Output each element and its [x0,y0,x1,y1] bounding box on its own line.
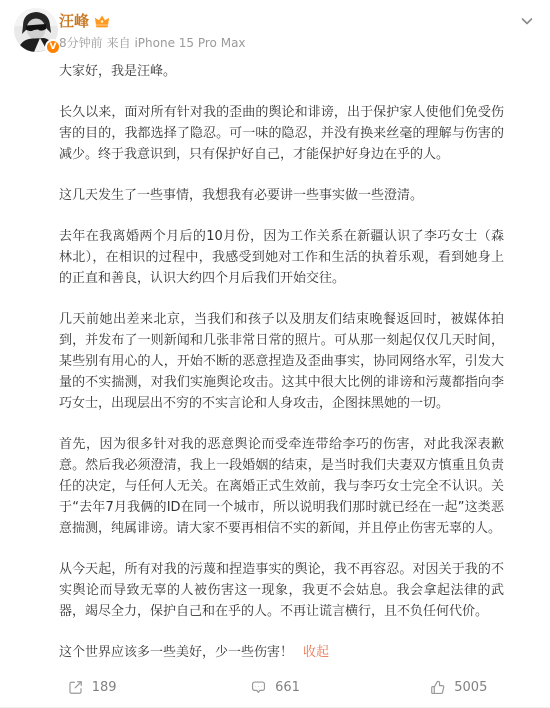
post-meta: 8分钟前来自 iPhone 15 Pro Max [59,35,250,51]
paragraph: 这个世界应该多一些美好，少一些伤害！收起 [59,642,504,663]
paragraph: 几天前她出差来北京，当我们和孩子以及朋友们结束晚餐返回时，被媒体拍到，并发布了一… [59,309,504,414]
paragraph-text: 这个世界应该多一些美好，少一些伤害！ [59,645,293,660]
action-bar: 189 661 5005 [0,672,550,702]
weibo-post-card: V 汪峰 8分钟前来自 iPhone 15 Pro Max [0,0,550,708]
paragraph: 从今天起，所有对我的污蔑和捏造事实的舆论，我不再容忍。对因关于我的不实舆论而导致… [59,559,504,622]
post-content: 大家好，我是汪峰。 长久以来，面对所有针对我的歪曲的舆论和诽谤，出于保护家人使他… [59,61,504,663]
comment-icon [250,679,267,696]
username[interactable]: 汪峰 [59,11,89,31]
paragraph: 大家好，我是汪峰。 [59,61,504,82]
comment-button[interactable]: 661 [183,679,366,696]
chevron-down-icon[interactable] [516,10,538,32]
header-info: 汪峰 8分钟前来自 iPhone 15 Pro Max [59,11,250,51]
paragraph: 首先，因为很多针对我的恶意舆论而受牵连带给李巧的伤害，对此我深表歉意。然后我必须… [59,434,504,539]
paragraph: 这几天发生了一些事情，我想我有必要讲一些事实做一些澄清。 [59,185,504,206]
like-button[interactable]: 5005 [367,679,550,696]
post-header: V 汪峰 8分钟前来自 iPhone 15 Pro Max [14,8,538,56]
like-count: 5005 [454,680,487,695]
repost-button[interactable]: 189 [0,679,183,696]
avatar[interactable]: V [14,8,58,52]
post-time: 8分钟前 [59,36,103,50]
paragraph: 去年在我离婚两个月后的10月份，因为工作关系在新疆认识了李巧女士（森林北），在相… [59,226,504,289]
repost-count: 189 [92,680,117,695]
vip-crown-icon [94,14,110,28]
collapse-link[interactable]: 收起 [303,645,329,660]
comment-count: 661 [275,680,300,695]
repost-icon [67,679,84,696]
paragraph: 长久以来，面对所有针对我的歪曲的舆论和诽谤，出于保护家人使他们免受伤害的目的，我… [59,102,504,165]
post-source: 来自 iPhone 15 Pro Max [107,36,246,50]
thumbs-up-icon [429,679,446,696]
